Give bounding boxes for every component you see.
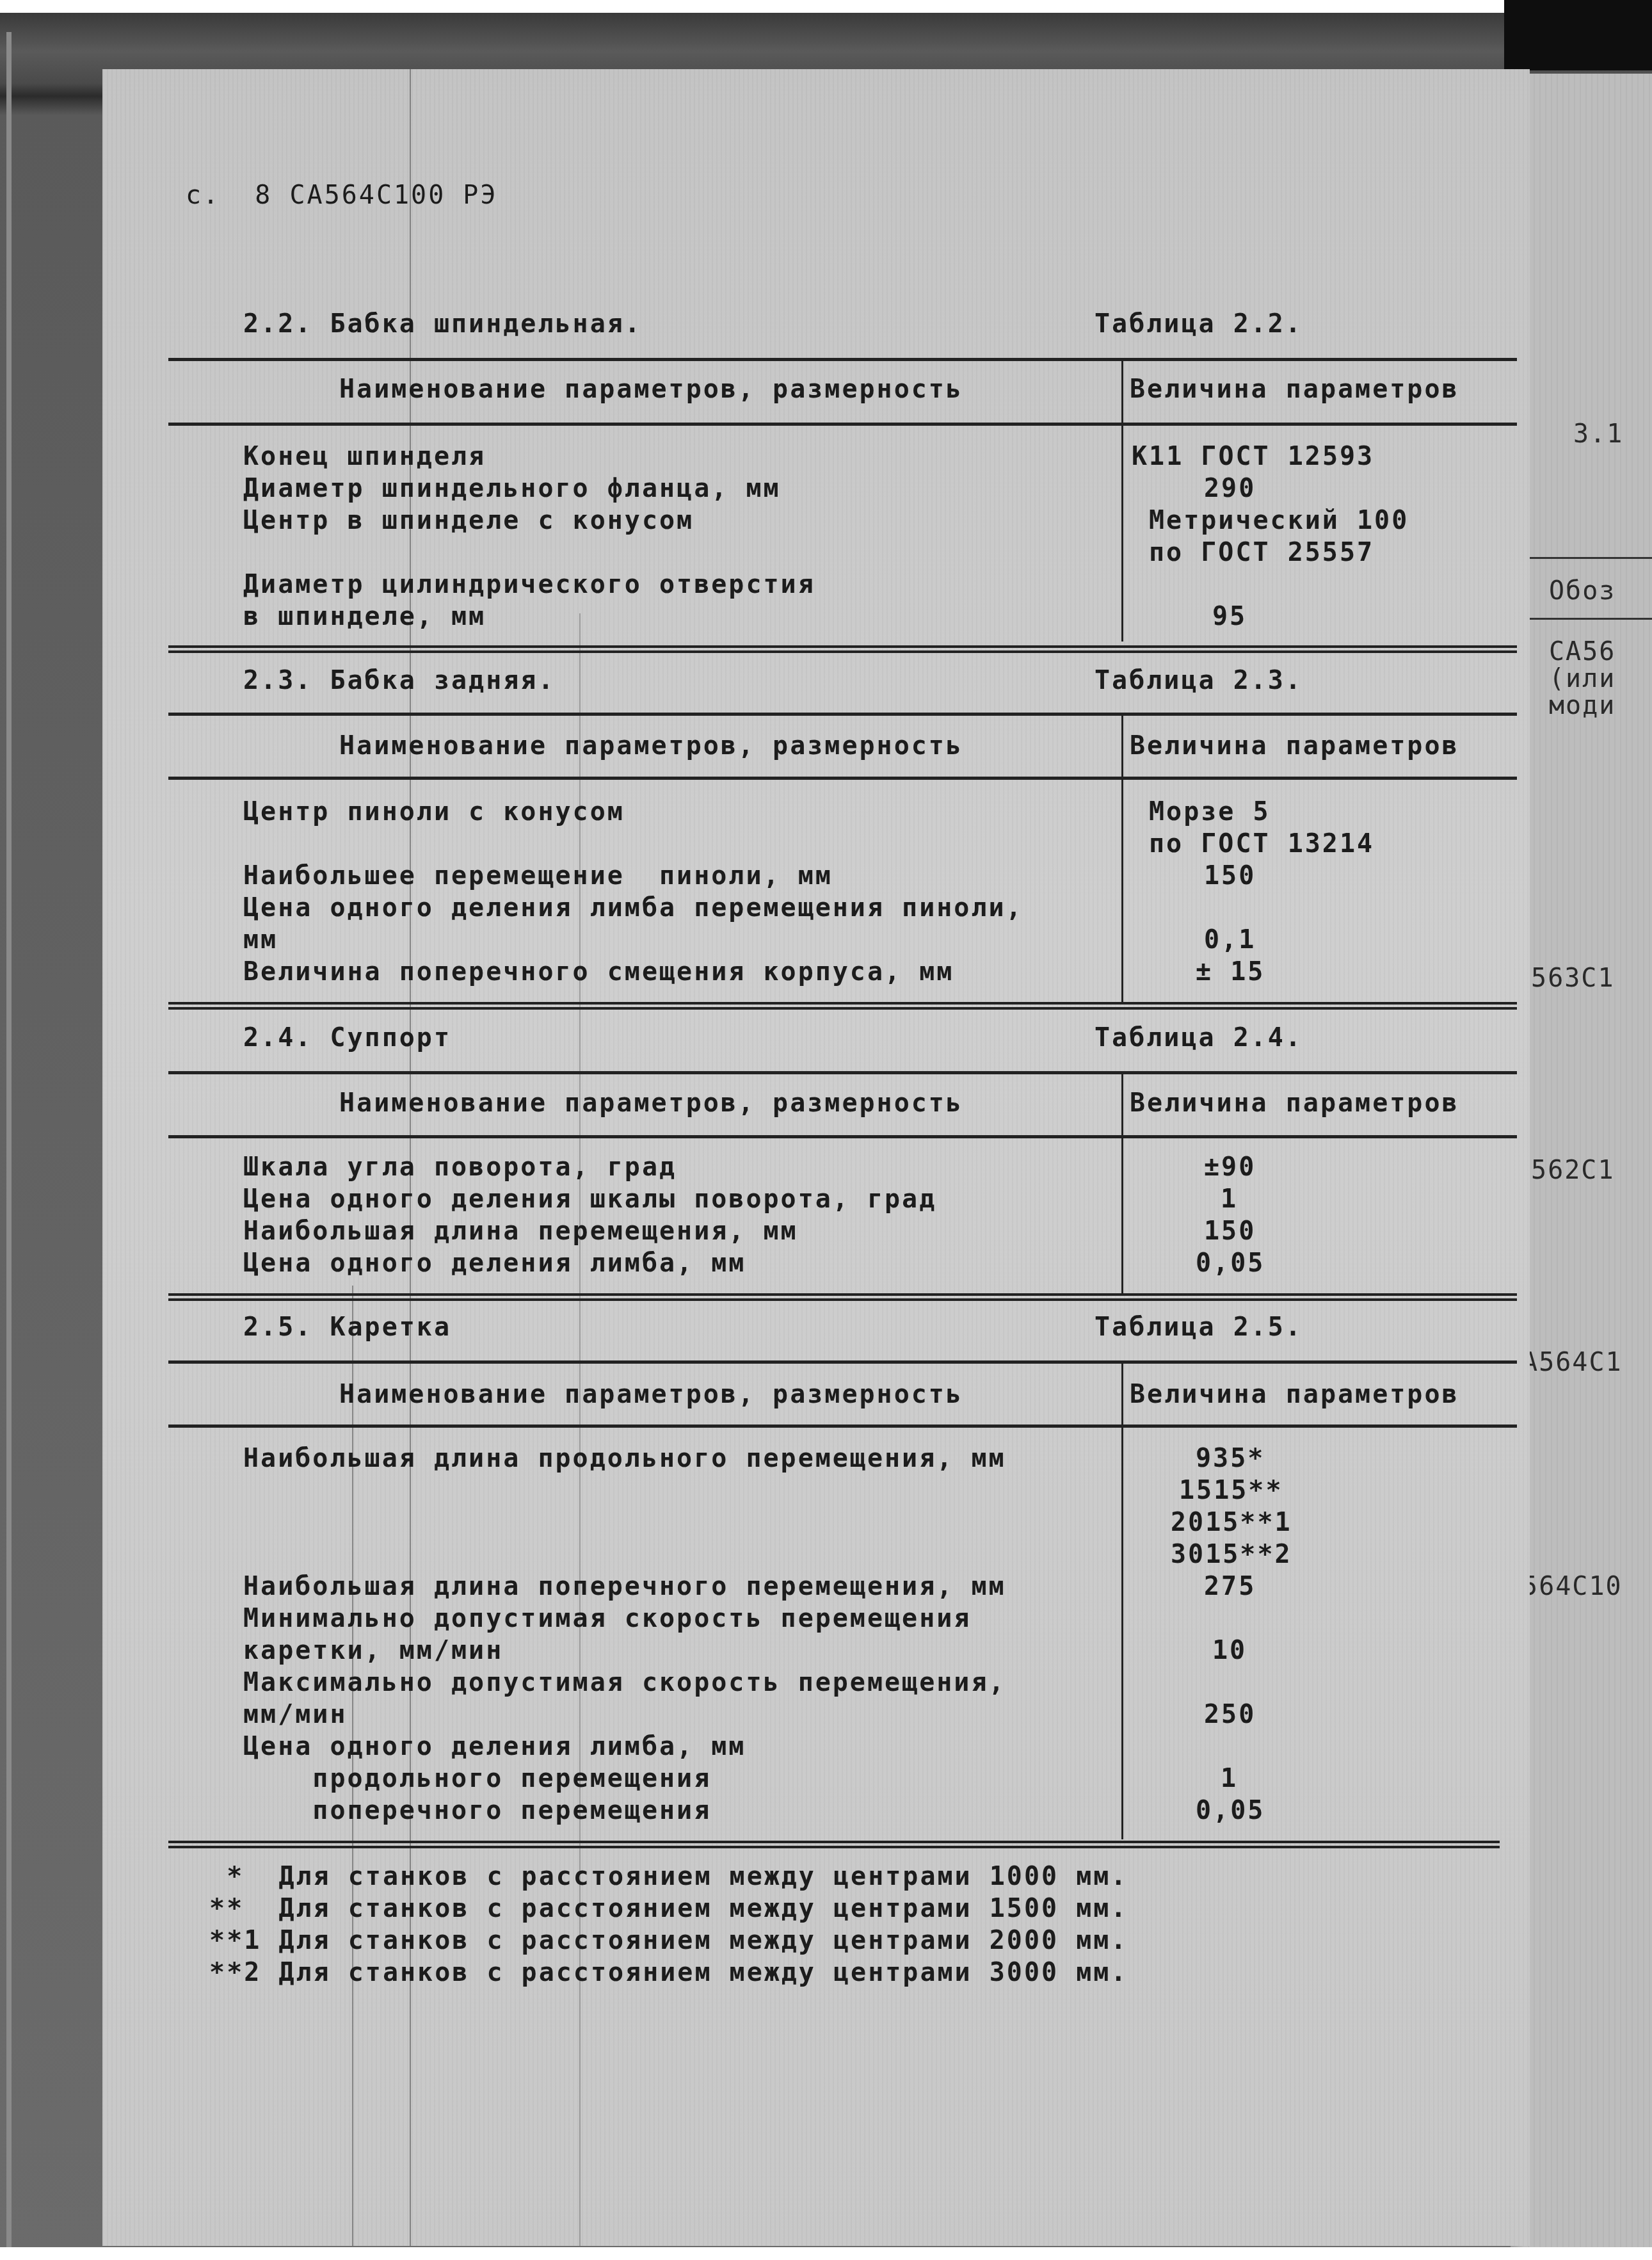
param-name: Диаметр шпиндельного фланца, мм	[243, 474, 781, 503]
param-name: поперечного перемещения	[243, 1796, 711, 1825]
param-name: Наибольшая длина поперечного перемещения…	[243, 1572, 1006, 1601]
param-name: Цена одного деления лимба перемещения пи…	[243, 893, 1023, 923]
section-title: 2.4. Суппорт	[243, 1023, 451, 1053]
column-header-name: Наименование параметров, размерность	[339, 731, 963, 761]
column-divider	[1121, 1073, 1123, 1294]
param-name: Диаметр цилиндрического отверстия	[243, 570, 815, 599]
param-name: продольного перемещения	[243, 1764, 711, 1793]
param-value: 935*	[1196, 1444, 1265, 1473]
table-rule	[168, 1002, 1517, 1005]
param-name: Максимально допустимая скорость перемеще…	[243, 1668, 1006, 1697]
column-header-value: Величина параметров	[1130, 1088, 1459, 1118]
param-value: Метрический 100	[1149, 506, 1409, 535]
param-name: Цена одного деления лимба, мм	[243, 1248, 746, 1278]
footnote: * Для станков с расстоянием между центра…	[192, 1862, 1128, 1891]
adjacent-text: моди	[1549, 691, 1616, 720]
param-value: 275	[1204, 1572, 1256, 1601]
adjacent-text: СА56	[1549, 637, 1616, 666]
param-name: Наибольшая длина продольного перемещения…	[243, 1444, 1006, 1473]
adjacent-text: 3.1	[1573, 419, 1623, 449]
param-name: Величина поперечного смещения корпуса, м…	[243, 957, 954, 987]
page-header: с. 8 СА564С100 РЭ	[186, 181, 497, 210]
column-divider	[1121, 714, 1123, 1003]
param-name: мм/мин	[243, 1700, 348, 1729]
param-value: 1515**	[1179, 1476, 1283, 1505]
column-header-value: Величина параметров	[1130, 375, 1459, 404]
param-name: Конец шпинделя	[243, 442, 486, 471]
param-value: 10	[1212, 1636, 1247, 1665]
section-title: 2.2. Бабка шпиндельная.	[243, 309, 642, 339]
param-value: 250	[1204, 1700, 1256, 1729]
param-name: Цена одного деления шкалы поворота, град	[243, 1184, 936, 1214]
footnote: **1 Для станков с расстоянием между цент…	[192, 1926, 1128, 1955]
section-title: 2.3. Бабка задняя.	[243, 666, 555, 695]
param-name: Минимально допустимая скорость перемещен…	[243, 1604, 971, 1633]
param-value: 1	[1221, 1764, 1238, 1793]
adjacent-rule	[1525, 618, 1652, 620]
table-rule	[168, 1360, 1517, 1364]
table-label: Таблица 2.5.	[1095, 1312, 1303, 1342]
adjacent-page: 3.1 Обоз СА56 (или моди А563С1 А562С1 СА…	[1511, 74, 1652, 2247]
table-label: Таблица 2.4.	[1095, 1023, 1303, 1053]
param-name: Шкала угла поворота, град	[243, 1152, 677, 1182]
param-name: каретки, мм/мин	[243, 1636, 503, 1665]
param-value: по ГОСТ 13214	[1149, 829, 1374, 859]
table-label: Таблица 2.3.	[1095, 666, 1303, 695]
adjacent-text: Обоз	[1549, 576, 1616, 606]
param-name: Наибольшее перемещение пиноли, мм	[243, 861, 833, 891]
param-value: 3015**2	[1171, 1540, 1292, 1569]
adjacent-text: (или	[1549, 664, 1616, 693]
section-title: 2.5. Каретка	[243, 1312, 451, 1342]
table-rule	[168, 1425, 1517, 1428]
column-header-value: Величина параметров	[1130, 731, 1459, 761]
footnote: **2 Для станков с расстоянием между цент…	[192, 1958, 1128, 1987]
param-name: в шпинделе, мм	[243, 602, 486, 631]
table-rule	[168, 645, 1517, 648]
table-rule	[168, 777, 1517, 780]
param-value: ± 15	[1196, 957, 1265, 987]
column-header-name: Наименование параметров, размерность	[339, 1380, 963, 1409]
table-rule	[168, 713, 1517, 716]
param-value: 1	[1221, 1184, 1238, 1214]
table-rule	[168, 358, 1517, 361]
column-header-name: Наименование параметров, размерность	[339, 1088, 963, 1118]
column-divider	[1121, 360, 1123, 642]
param-value: 150	[1204, 1216, 1256, 1246]
param-name: Центр в шпинделе с конусом	[243, 506, 694, 535]
adjacent-rule	[1525, 557, 1652, 559]
table-rule	[168, 423, 1517, 426]
param-value: 0,05	[1196, 1796, 1265, 1825]
param-value: 0,1	[1204, 925, 1256, 955]
param-value: 150	[1204, 861, 1256, 891]
scanner-shadow	[1504, 0, 1652, 70]
table-rule	[168, 1135, 1517, 1138]
param-name: Центр пиноли с конусом	[243, 797, 625, 827]
table-rule	[168, 1841, 1500, 1843]
param-value: Морзе 5	[1149, 797, 1271, 827]
column-header-name: Наименование параметров, размерность	[339, 375, 963, 404]
column-divider	[1121, 1362, 1123, 1839]
footnote: ** Для станков с расстоянием между центр…	[192, 1894, 1128, 1923]
param-name: Наибольшая длина перемещения, мм	[243, 1216, 798, 1246]
param-value: 95	[1212, 602, 1247, 631]
table-rule	[168, 1293, 1517, 1296]
scan-artifact-line	[579, 613, 581, 2246]
column-header-value: Величина параметров	[1130, 1380, 1459, 1409]
table-label: Таблица 2.2.	[1095, 309, 1303, 339]
param-value: по ГОСТ 25557	[1149, 538, 1374, 567]
param-name: мм	[243, 925, 278, 955]
param-value: ±90	[1204, 1152, 1256, 1182]
table-rule	[168, 1071, 1517, 1074]
param-value: 290	[1204, 474, 1256, 503]
paper-edge	[6, 32, 12, 2247]
param-value: 2015**1	[1171, 1508, 1292, 1537]
param-value: 0,05	[1196, 1248, 1265, 1278]
param-name: Цена одного деления лимба, мм	[243, 1732, 746, 1761]
param-value: К11 ГОСТ 12593	[1132, 442, 1374, 471]
